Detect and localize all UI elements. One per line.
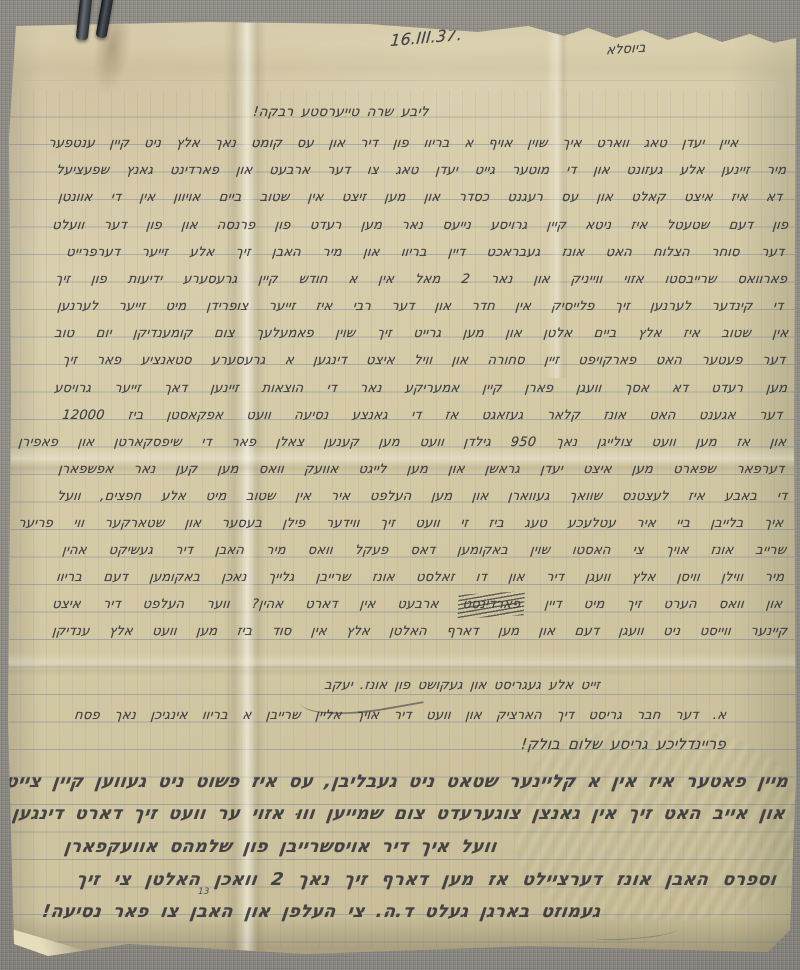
handwriting-line: מען רעדט דא אסך וועגן פארן קיין אמעריקע … — [53, 379, 789, 403]
photo-background-cloth: 16.III.37. ביוסלא ליבע שרה טייערסטע רבקה… — [0, 0, 800, 970]
tweezers-rod — [76, 0, 93, 41]
handwriting-line: איין יעדן טאג ווארט איך שוין אויף א בריו… — [47, 134, 740, 158]
handwriting-line: דער פעטער האט פארקויפט זיין סחורה און וו… — [61, 351, 787, 375]
handwriting-line: די באבע איז לעצטנס שוואך געווארן און מען… — [56, 487, 789, 511]
handwriting-line — [57, 649, 786, 673]
handwriting-line-12000: און אז מען וועט צולייגן נאך 950 גילדן וו… — [17, 433, 788, 457]
footnote-number: 13 — [198, 887, 209, 897]
handwriting-line: דער סוחר הצלוח האט אונז געבראכט דיין ברי… — [65, 243, 786, 267]
handwriting-line: אין שטוב איז אלץ ביים אלטן און מען גרייט… — [53, 324, 790, 348]
tweezers-tips — [76, 0, 128, 52]
pencil-scribble — [593, 924, 678, 942]
second-hand-line: וספרס האבן אונז דערציילט אז מען דארף זיך… — [74, 870, 777, 894]
second-hand-line: מיין פאטער איז אין א קליינער שטאט ניט גע… — [20, 772, 789, 796]
handwriting-line: מיר ווילן וויסן אלץ וועגן דיר און דו זאל… — [55, 568, 786, 592]
second-hand-line: און אייב האט זיך אין גאנצן צוגערעדט צום … — [23, 804, 786, 828]
greeting-line: פריינדליכע גריסע שלום בולק! — [520, 734, 727, 758]
postscript-line: א. דער חבר גריסט דיך הארציק און וועט דיר… — [73, 706, 728, 730]
struck-line-after: ארבעט אין דארט אהין? ווער העלפט דיר איצט — [51, 597, 439, 612]
second-hand-line: וועל איך דיר אויסשרייבן פון שלמהס אוועקפ… — [62, 837, 498, 861]
handwriting-line: דא איז איצט קאלט און עס רעגנט כסדר און מ… — [57, 188, 784, 212]
handwriting-line: מיר זיינען אלע געזונט און די מוטער גייט … — [55, 161, 788, 185]
struck-word: פארדינסט — [460, 595, 524, 615]
salutation: ליבע שרה טייערסטע רבקה! — [251, 102, 429, 126]
handwriting-line-struck: און וואס הערט זיך מיט דיין פארדינסט ארבע… — [51, 595, 784, 619]
handwriting-line: קיינער ווייסט ניט וועגן דעם און מען דארף… — [51, 622, 789, 646]
place-name: ביוסלא — [605, 39, 646, 66]
handwriting-line: איך בלייבן ביי איר עטלעכע טעג ביז זי ווע… — [17, 514, 785, 538]
handwriting-line: פארוואס שרייבסטו אזוי ווייניק און נאר 2 … — [54, 270, 789, 294]
letter-paper: 16.III.37. ביוסלא ליבע שרה טייערסטע רבקה… — [8, 18, 796, 956]
handwriting-line: די קינדער לערנען זיך פלייסיק אין חדר און… — [56, 297, 785, 321]
second-hand-line: געמוזט בארגן געלט ד.ה. צי העלפן און האבן… — [40, 902, 602, 926]
handwriting-line: פון דעם שטעטל איז ניטא קיין גרויסע נייעס… — [51, 216, 790, 240]
struck-line-before: און וואס הערט זיך מיט דיין — [544, 597, 783, 612]
tweezers-rod — [95, 0, 113, 39]
handwriting-line: שרייב אונז אויך צי האסטו שוין באקומען דא… — [61, 541, 788, 565]
handwriting-line: דער אגענט האט אונז קלאר געזאגט אז די גאנ… — [61, 406, 784, 430]
corner-fold-bottom-left — [8, 928, 104, 956]
handwriting-line-950: דערפאר שפארט מען איצט יעדן גראשן און מען… — [57, 460, 786, 484]
